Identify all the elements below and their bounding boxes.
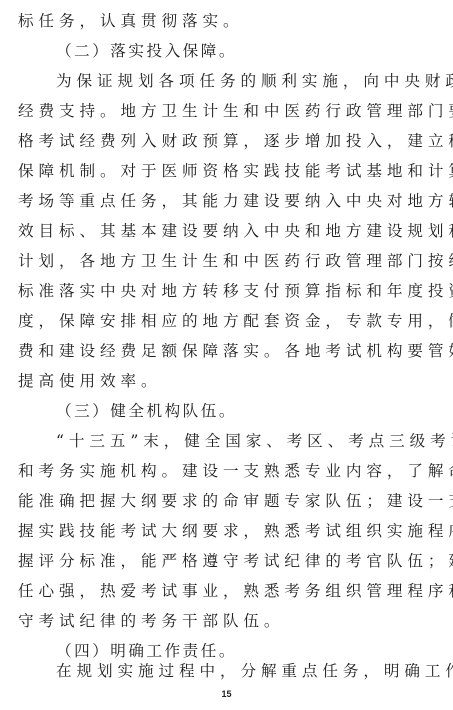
section-heading-3: （三）健全机构队伍。 — [56, 396, 453, 426]
body-line: 保障机制。对于医师资格实践技能考试基地和计算机化考试 — [18, 156, 430, 186]
body-line: 标准落实中央对地方转移支付预算指标和年度投资计划额 — [18, 276, 430, 306]
body-line: 握评分标准，能严格遵守考试纪律的考官队伍；建设一支责 — [18, 546, 430, 576]
body-line: 任心强，热爱考试事业，熟悉考务组织管理程序和规范，遵 — [18, 576, 430, 606]
body-line: 能准确把握大纲要求的命审题专家队伍；建设一支能准确把 — [18, 486, 430, 516]
page-number: 15 — [0, 689, 453, 699]
paragraph-start-line: “十三五”末，健全国家、考区、考点三级考试管理机构 — [56, 426, 453, 456]
body-line: 格考试经费列入财政预算，逐步增加投入，建立稳定的经费 — [18, 126, 430, 156]
body-line: 守考试纪律的考务干部队伍。 — [18, 606, 430, 636]
body-line: 计划，各地方卫生计生和中医药行政管理部门按统一要求及 — [18, 246, 430, 276]
body-line: 握实践技能考试大纲要求，熟悉考试组织实施程序，准确把 — [18, 516, 430, 546]
section-heading-2: （二）落实投入保障。 — [56, 36, 453, 66]
body-line: 标任务，认真贯彻落实。 — [18, 6, 430, 36]
body-line: 考场等重点任务，其能力建设要纳入中央对地方转移支付绩 — [18, 186, 430, 216]
body-line: 效目标、其基本建设要纳入中央和地方建设规划和年度投资 — [18, 216, 430, 246]
document-page: 标任务，认真贯彻落实。 （二）落实投入保障。 为保证规划各项任务的顺利实施，向中… — [0, 0, 453, 710]
body-line: 和考务实施机构。建设一支熟悉专业内容，了解命题技术， — [18, 456, 430, 486]
body-line: 费和建设经费足额保障落实。各地考试机构要管好用好经费， — [18, 336, 430, 366]
paragraph-start-line: 为保证规划各项任务的顺利实施，向中央财政申请专项 — [56, 66, 453, 96]
body-line: 度，保障安排相应的地方配套资金，专款专用，做到考试经 — [18, 306, 430, 336]
paragraph-start-line: 在规划实施过程中，分解重点任务，明确工作职责、时 — [56, 656, 453, 686]
body-line: 提高使用效率。 — [18, 366, 430, 396]
body-line: 经费支持。地方卫生计生和中医药行政管理部门要将医师资 — [18, 96, 430, 126]
